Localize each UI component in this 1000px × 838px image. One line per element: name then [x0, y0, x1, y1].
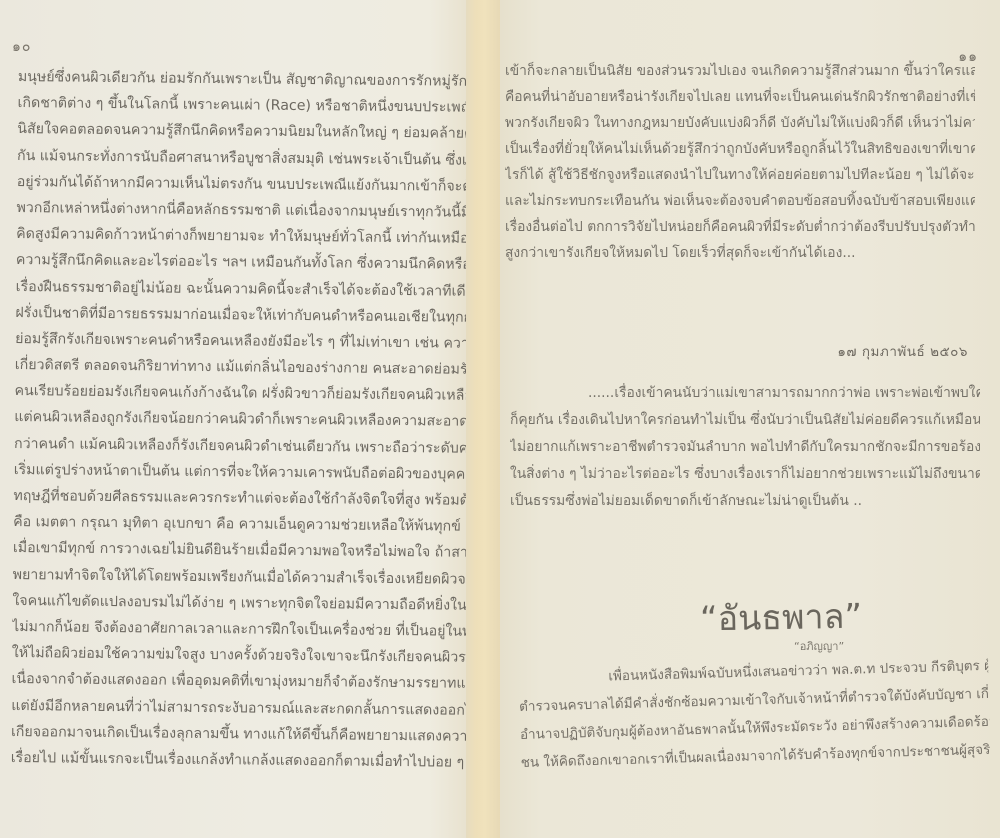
text-line: พวกรังเกียจผิว ในทางกฎหมายบังคับแบ่งผิวก… — [505, 110, 975, 136]
right-page-paragraph-2: ......เรื่องเข้าคนนับว่าแม่เขาสามารถมากก… — [510, 380, 980, 515]
text-line: เข้าก็จะกลายเป็นนิสัย ของส่วนรวมไปเอง จน… — [505, 58, 975, 84]
left-page: ๑๐ มนุษย์ซึ่งคนผิวเดียวกัน ย่อมรักกันเพร… — [0, 0, 466, 838]
text-line: เป็นเรื่องที่ยั่วยุให้คนไม่เห็นด้วยรู้สึ… — [505, 136, 975, 162]
text-line: สูงกว่าเขารังเกียจให้หมดไป โดยเร็วที่สุด… — [505, 240, 975, 266]
article-byline: “อภิญญา” — [794, 637, 844, 655]
page-number-left: ๑๐ — [12, 36, 31, 58]
left-page-body: มนุษย์ซึ่งคนผิวเดียวกัน ย่อมรักกันเพราะเ… — [11, 64, 466, 776]
text-line: คือคนที่น่าอับอายหรือน่ารังเกียจไปเลย แท… — [505, 84, 975, 110]
letter-date: ๑๗ กุมภาพันธ์ ๒๕๐๖ — [837, 340, 968, 362]
text-line: เรื่องอื่นต่อไป ตกการวิจัยไปหน่อยก็คือคน… — [505, 214, 975, 240]
right-page-paragraph-1: เข้าก็จะกลายเป็นนิสัย ของส่วนรวมไปเอง จน… — [505, 58, 975, 266]
text-line: และไม่กระทบกระเทือนกัน พ่อเห็นจะต้องจบคำ… — [505, 188, 975, 214]
text-line: ในสิ่งต่าง ๆ ไม่ว่าอะไรต่ออะไร ซึ่งบางเร… — [510, 461, 980, 488]
text-line: ไรก็ได้ สู้ใช้วิธีชักจูงหรือแสดงนำไปในทา… — [505, 162, 975, 188]
text-line: เรื่อยไป แม้ขั้นแรกจะเป็นเรื่องแกล้งทำแก… — [11, 745, 466, 776]
text-line: ไม่อยากแก้เพราะอาชีพตำรวจมันลำบาก พอไปทำ… — [510, 434, 980, 461]
text-line: เป็นธรรมซึ่งพ่อไม่ยอมเด็ดขาดก็เข้าลักษณะ… — [510, 488, 980, 515]
right-page-paragraph-3: เพื่อนหนังสือพิมพ์ฉบับหนึ่งเสนอข่าวว่า พ… — [518, 652, 991, 777]
text-line: ก็คุยกัน เรื่องเดินไปหาใครก่อนทำไม่เป็น … — [510, 407, 980, 434]
book-spread: ๑๐ มนุษย์ซึ่งคนผิวเดียวกัน ย่อมรักกันเพร… — [0, 0, 1000, 838]
right-page: ๑๑ เข้าก็จะกลายเป็นนิสัย ของส่วนรวมไปเอง… — [500, 0, 1000, 838]
text-line: ......เรื่องเข้าคนนับว่าแม่เขาสามารถมากก… — [510, 380, 980, 407]
book-gutter — [466, 0, 500, 838]
